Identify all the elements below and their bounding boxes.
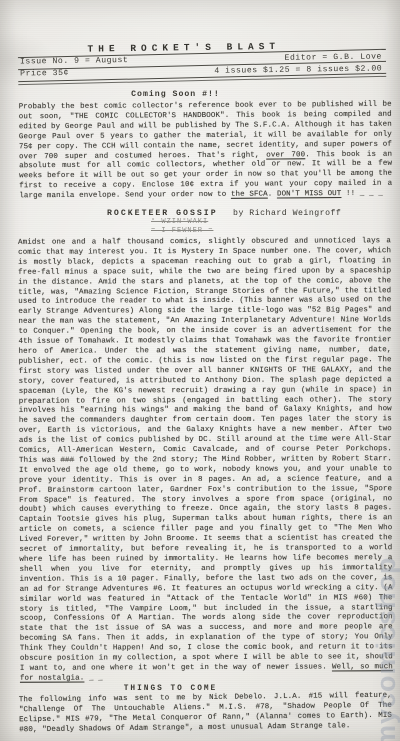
things-to-come-heading: THINGS TO COME — [19, 685, 322, 693]
coming-soon-section: Coming Soon #!! Probably the best comic … — [19, 90, 392, 201]
gossip-paragraph-wrap: Amidst one and a half thousand comics, s… — [18, 237, 393, 684]
page-content: THE ROCKET'S BLAST Issue No. 9 = August … — [0, 0, 400, 733]
gossip-heading: ROCKETEER GOSSIP by Richard Weingroff — [107, 209, 392, 218]
overtyped-strikeout-line-2: = I FEWNER = — [151, 227, 392, 236]
things-to-come-paragraph-wrap: The following info was sent to me by Nic… — [19, 692, 392, 736]
rocketeer-gossip-section: ROCKETEER GOSSIP by Richard Weingroff ° … — [19, 209, 392, 733]
gossip-title: ROCKETEER GOSSIP — [107, 209, 218, 218]
overtyped-strikeout-line-1: ° WZIN°WAKI — [151, 218, 392, 227]
coming-soon-paragraph-wrap: Probably the best comic collector's refe… — [19, 101, 393, 203]
scanned-fanzine-page: THE ROCKET'S BLAST Issue No. 9 = August … — [0, 0, 400, 741]
gossip-byline: by Richard Weingroff — [233, 209, 341, 218]
gossip-paragraph: Amidst one and a half thousand comics, s… — [18, 237, 393, 684]
things-to-come-paragraph: The following info was sent to me by Nic… — [19, 692, 392, 736]
masthead: THE ROCKET'S BLAST Issue No. 9 = August … — [18, 39, 387, 83]
coming-soon-paragraph: Probably the best comic collector's refe… — [19, 101, 393, 203]
coming-soon-heading: Coming Soon #!! — [19, 90, 332, 99]
